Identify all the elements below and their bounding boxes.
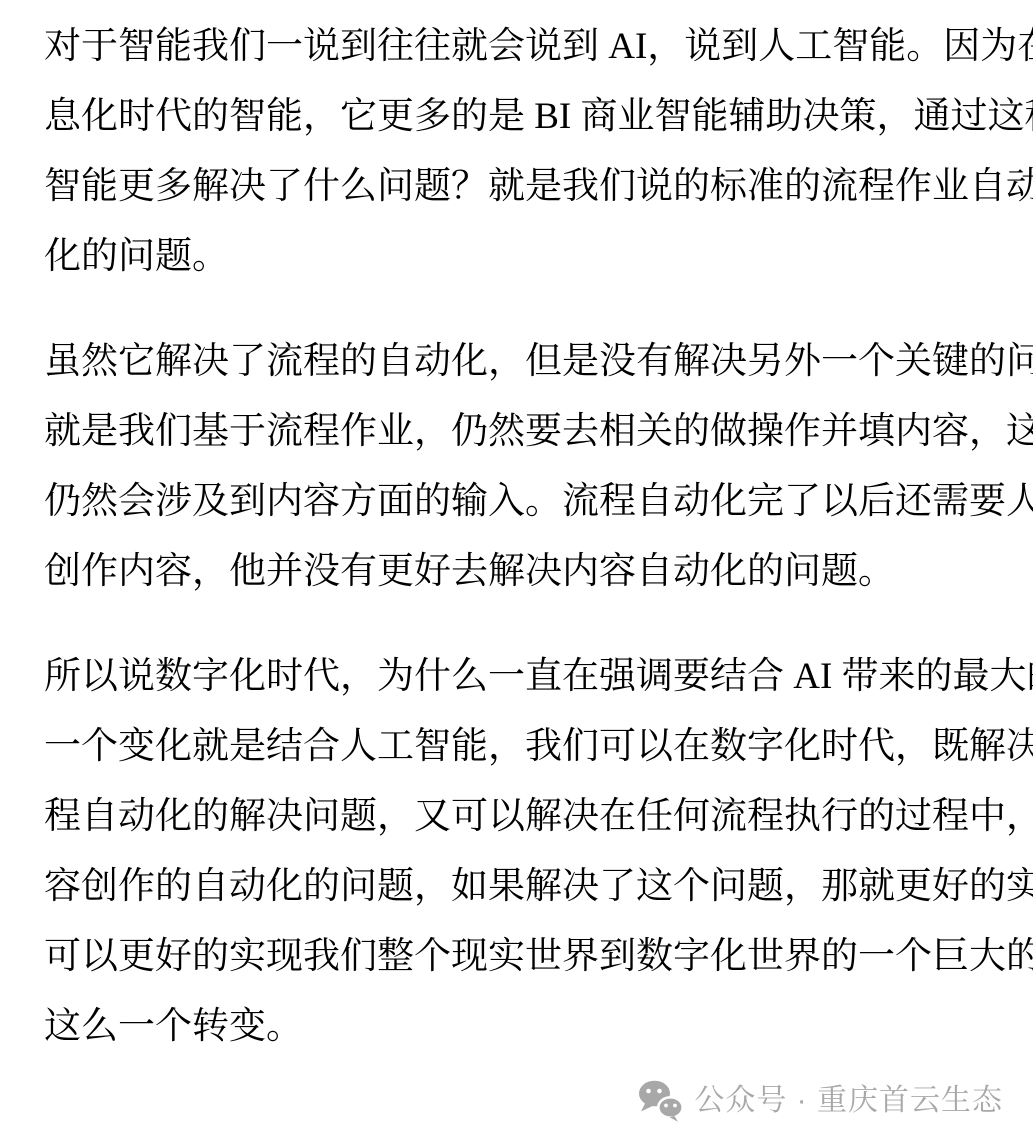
watermark: 公众号 · 重庆首云生态 — [638, 1079, 1003, 1123]
watermark-label: 公众号 · 重庆首云生态 — [694, 1079, 1003, 1123]
document-page: 对于智能我们一说到往往就会说到 AI，说到人工智能。因为在信 息化时代的智能，它… — [0, 0, 1033, 1146]
text-line: 程自动化的解决问题，又可以解决在任何流程执行的过程中，内 — [44, 782, 997, 852]
text-line: 所以说数字化时代，为什么一直在强调要结合 AI 带来的最大的 — [44, 642, 997, 712]
text-line: 容创作的自动化的问题，如果解决了这个问题，那就更好的实现， — [44, 852, 997, 922]
text-line: 对于智能我们一说到往往就会说到 AI，说到人工智能。因为在信 — [44, 12, 997, 82]
text-line: 这么一个转变。 — [44, 992, 997, 1062]
wechat-icon — [638, 1080, 684, 1122]
text-line: 一个变化就是结合人工智能，我们可以在数字化时代，既解决流 — [44, 712, 997, 782]
paragraph-2: 虽然它解决了流程的自动化，但是没有解决另外一个关键的问题。 就是我们基于流程作业… — [44, 327, 997, 607]
text-line: 仍然会涉及到内容方面的输入。流程自动化完了以后还需要人去 — [44, 467, 997, 537]
text-line: 化的问题。 — [44, 222, 997, 292]
paragraph-3: 所以说数字化时代，为什么一直在强调要结合 AI 带来的最大的 一个变化就是结合人… — [44, 642, 997, 1062]
text-line: 可以更好的实现我们整个现实世界到数字化世界的一个巨大的 — [44, 922, 997, 992]
paragraph-1: 对于智能我们一说到往往就会说到 AI，说到人工智能。因为在信 息化时代的智能，它… — [44, 12, 997, 292]
text-line: 创作内容，他并没有更好去解决内容自动化的问题。 — [44, 537, 997, 607]
text-line: 智能更多解决了什么问题？就是我们说的标准的流程作业自动 — [44, 152, 997, 222]
text-line: 就是我们基于流程作业，仍然要去相关的做操作并填内容，这个 — [44, 397, 997, 467]
text-line: 虽然它解决了流程的自动化，但是没有解决另外一个关键的问题。 — [44, 327, 997, 397]
text-line: 息化时代的智能，它更多的是 BI 商业智能辅助决策，通过这种 — [44, 82, 997, 152]
